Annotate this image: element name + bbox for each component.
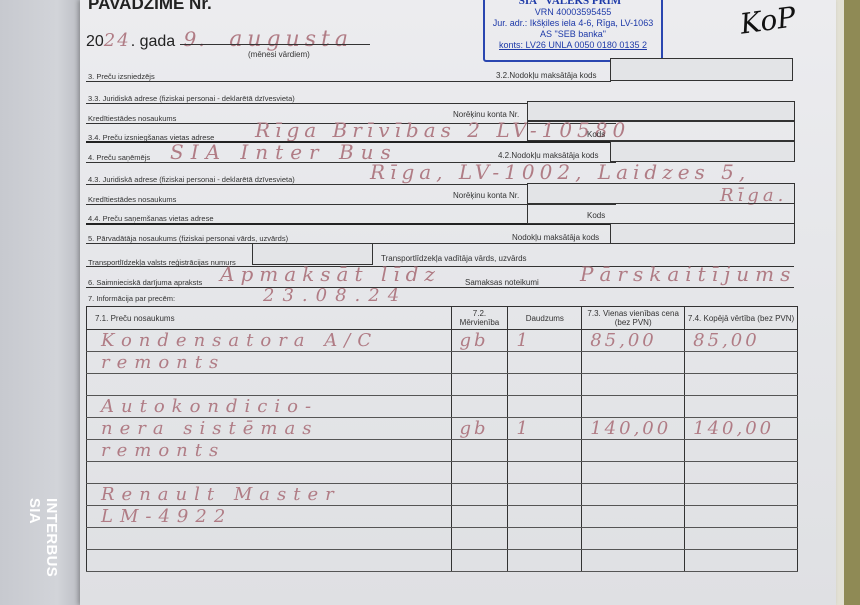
col-header-price: 7.3. Vienas vienības cena (bez PVN)	[582, 307, 685, 330]
cell-value	[452, 528, 460, 549]
cell-name[interactable]	[87, 462, 452, 484]
cell-price[interactable]	[582, 374, 685, 396]
cell-total[interactable]	[685, 484, 798, 506]
table-row: remonts	[87, 440, 798, 462]
cell-value	[582, 440, 590, 461]
cell-qty[interactable]	[508, 440, 582, 462]
cell-value	[582, 506, 590, 527]
cell-value	[452, 462, 460, 483]
waybill-document: PAVADZĪME Nr. 2024. gada 9. augusta (mēn…	[80, 0, 836, 605]
cell-name[interactable]	[87, 528, 452, 550]
cell-name[interactable]: remonts	[87, 352, 452, 374]
cell-value	[685, 484, 693, 505]
table-row	[87, 550, 798, 572]
cell-name[interactable]: nera sistēmas	[87, 418, 452, 440]
cell-value	[582, 484, 590, 505]
cell-qty[interactable]	[508, 462, 582, 484]
code-4-field[interactable]	[527, 203, 795, 224]
cell-value: gb	[452, 330, 489, 351]
cell-value	[452, 506, 460, 527]
cell-total[interactable]	[685, 528, 798, 550]
col-header-unit: 7.2. Mērvienība	[451, 307, 508, 330]
month-hint: (mēnesi vārdiem)	[248, 50, 310, 59]
cell-total[interactable]: 85,00	[685, 330, 798, 352]
cell-value	[508, 506, 516, 527]
cell-name[interactable]: Renault Master	[87, 484, 452, 506]
label-legal-address-3: 3.3. Juridiskā adrese (fiziskai personai…	[88, 94, 295, 103]
cell-value	[582, 462, 590, 483]
cell-total[interactable]	[685, 506, 798, 528]
cell-qty[interactable]	[508, 506, 582, 528]
cell-value	[685, 528, 693, 549]
cell-value: Renault Master	[87, 484, 341, 505]
cell-value: 1	[508, 330, 530, 351]
cell-unit[interactable]	[451, 528, 508, 550]
cell-value	[452, 440, 460, 461]
label-receive-address: 4.4. Preču saņemšanas vietas adrese	[88, 214, 214, 223]
signature: KoP	[738, 0, 798, 40]
cell-total[interactable]	[685, 396, 798, 418]
cell-unit[interactable]	[451, 550, 508, 572]
producer-tax-field[interactable]	[610, 58, 793, 81]
year-prefix: 20	[86, 33, 104, 50]
cell-unit[interactable]	[451, 506, 508, 528]
cell-name[interactable]: LM-4922	[87, 506, 452, 528]
day-handwritten: 9.	[184, 27, 207, 51]
cell-value	[685, 506, 693, 527]
payment-terms-value: Pārskaitījums	[580, 262, 796, 286]
label-recipient: 4. Preču saņēmējs	[88, 153, 150, 162]
cell-value	[685, 440, 693, 461]
cell-value	[508, 352, 516, 373]
cell-value	[582, 352, 590, 373]
document-title: PAVADZĪME Nr.	[88, 0, 212, 14]
cell-name[interactable]: Autokondicio-	[87, 396, 452, 418]
cell-unit[interactable]: gb	[451, 418, 508, 440]
cell-value	[508, 484, 516, 505]
cell-price[interactable]	[582, 352, 685, 374]
cell-unit[interactable]: gb	[451, 330, 508, 352]
label-carrier-tax: Nodokļu maksātāja kods	[512, 233, 599, 242]
spine-label: INTERBUS SIA	[26, 498, 60, 605]
cell-price[interactable]: 85,00	[582, 330, 685, 352]
cell-total[interactable]	[685, 462, 798, 484]
table-row	[87, 462, 798, 484]
cell-value: 1	[508, 418, 530, 439]
cell-total[interactable]	[685, 352, 798, 374]
cell-price[interactable]	[582, 462, 685, 484]
goods-table: 7.1. Preču nosaukums 7.2. Mērvienība Dau…	[86, 306, 798, 572]
cell-price[interactable]	[582, 440, 685, 462]
table-row: nera sistēmasgb1140,00140,00	[87, 418, 798, 440]
cell-price[interactable]	[582, 550, 685, 572]
cell-value	[582, 374, 590, 395]
cell-unit[interactable]	[451, 374, 508, 396]
cell-value	[87, 374, 101, 395]
transaction-value: Apmaksāt līdz	[220, 262, 441, 286]
label-bank-4: Kredītiestādes nosaukums	[88, 195, 176, 204]
cell-qty[interactable]: 1	[508, 418, 582, 440]
label-code-3: Kods	[587, 130, 605, 139]
cell-value: Autokondicio-	[87, 396, 318, 417]
gada-label: . gada	[131, 33, 175, 50]
cell-total[interactable]: 140,00	[685, 418, 798, 440]
table-row: Kondensatora A/Cgb185,0085,00	[87, 330, 798, 352]
table-row: Renault Master	[87, 484, 798, 506]
table-row: Autokondicio-	[87, 396, 798, 418]
legal-address-4-value: Rīga, LV-1002, Laidzes 5,	[370, 160, 750, 184]
table-row: remonts	[87, 352, 798, 374]
recipient-value: SIA Inter Bus	[170, 140, 398, 164]
label-producer-tax: 3.2.Nodokļu maksātāja kods	[496, 71, 597, 80]
cell-value	[87, 462, 101, 483]
recipient-tax-field[interactable]	[610, 141, 795, 162]
cell-value: 85,00	[582, 330, 657, 351]
cell-name[interactable]	[87, 550, 452, 572]
label-code-4: Kods	[587, 211, 605, 220]
cell-value	[508, 440, 516, 461]
cell-unit[interactable]	[451, 462, 508, 484]
month-handwritten: augusta	[229, 27, 353, 52]
cell-qty[interactable]	[508, 484, 582, 506]
cell-unit[interactable]	[451, 352, 508, 374]
cell-name[interactable]: remonts	[87, 440, 452, 462]
cell-total[interactable]	[685, 374, 798, 396]
cell-value	[87, 528, 101, 549]
date-line: 2024. gada 9. augusta	[86, 27, 353, 52]
cell-qty[interactable]	[508, 550, 582, 572]
label-producer: 3. Preču izsniedzējs	[88, 72, 155, 81]
label-payment-terms: Samaksas noteikumi	[465, 278, 539, 287]
cell-value: Kondensatora A/C	[87, 330, 378, 351]
cell-name[interactable]	[87, 374, 452, 396]
cell-value	[452, 396, 460, 417]
cell-qty[interactable]	[508, 396, 582, 418]
company-stamp: SIA "VALEKS PRIM" VRN 40003595455 Jur. a…	[483, 0, 663, 62]
cell-value	[452, 374, 460, 395]
cell-unit[interactable]	[451, 396, 508, 418]
cell-value: gb	[452, 418, 489, 439]
label-account-4: Norēķinu konta Nr.	[453, 191, 519, 200]
carrier-tax-field[interactable]	[610, 223, 795, 244]
cell-value: LM-4922	[87, 506, 232, 527]
cell-unit[interactable]	[451, 440, 508, 462]
label-recipient-tax: 4.2.Nodokļu maksātāja kods	[498, 151, 599, 160]
cell-value	[582, 528, 590, 549]
table-row	[87, 374, 798, 396]
cell-total[interactable]	[685, 440, 798, 462]
cell-value	[582, 396, 590, 417]
cell-total[interactable]	[685, 550, 798, 572]
cell-value	[685, 352, 693, 373]
cell-value	[452, 550, 460, 571]
cell-value	[685, 374, 693, 395]
year-handwritten: 24	[104, 30, 131, 51]
goods-table-header: 7.1. Preču nosaukums 7.2. Mērvienība Dau…	[87, 307, 798, 330]
cell-value	[508, 374, 516, 395]
cell-value	[508, 396, 516, 417]
code-3-field[interactable]	[527, 121, 795, 141]
cell-price[interactable]	[582, 396, 685, 418]
col-header-qty: Daudzums	[508, 307, 582, 330]
cell-price[interactable]: 140,00	[582, 418, 685, 440]
table-row: LM-4922	[87, 506, 798, 528]
col-header-name: 7.1. Preču nosaukums	[87, 307, 452, 330]
cell-value: 140,00	[685, 418, 774, 439]
label-goods-info: 7. Informācija par precēm:	[88, 294, 175, 303]
page-edge	[836, 0, 844, 605]
cell-price[interactable]	[582, 528, 685, 550]
cell-value	[685, 550, 693, 571]
cell-price[interactable]	[582, 484, 685, 506]
cell-value	[452, 484, 460, 505]
cell-value	[582, 550, 590, 571]
label-carrier: 5. Pārvadātāja nosaukums (fiziskai perso…	[88, 234, 288, 243]
cell-value	[87, 550, 101, 571]
cell-qty[interactable]	[508, 374, 582, 396]
cell-value: 140,00	[582, 418, 671, 439]
cell-qty[interactable]: 1	[508, 330, 582, 352]
label-bank-3: Kredītiestādes nosaukums	[88, 114, 176, 123]
cell-value	[452, 352, 460, 373]
label-transaction: 6. Saimnieciskā darījuma apraksts	[88, 278, 202, 287]
underlying-page: INTERBUS SIA	[0, 0, 82, 605]
transaction-date: 23.08.24	[263, 285, 407, 306]
cell-value: remonts	[87, 352, 225, 373]
cell-value	[508, 550, 516, 571]
label-legal-address-4: 4.3. Juridiskā adrese (fiziskai personai…	[88, 175, 295, 184]
cell-qty[interactable]	[508, 528, 582, 550]
cell-price[interactable]	[582, 506, 685, 528]
cell-value	[508, 528, 516, 549]
cell-name[interactable]: Kondensatora A/C	[87, 330, 452, 352]
col-header-total: 7.4. Kopējā vērtība (bez PVN)	[685, 307, 798, 330]
cell-value	[508, 462, 516, 483]
table-row	[87, 528, 798, 550]
cell-value: 85,00	[685, 330, 760, 351]
cell-value: nera sistēmas	[87, 418, 318, 439]
cell-value	[685, 396, 693, 417]
cell-value: remonts	[87, 440, 225, 461]
cell-unit[interactable]	[451, 484, 508, 506]
cell-qty[interactable]	[508, 352, 582, 374]
cell-value	[685, 462, 693, 483]
